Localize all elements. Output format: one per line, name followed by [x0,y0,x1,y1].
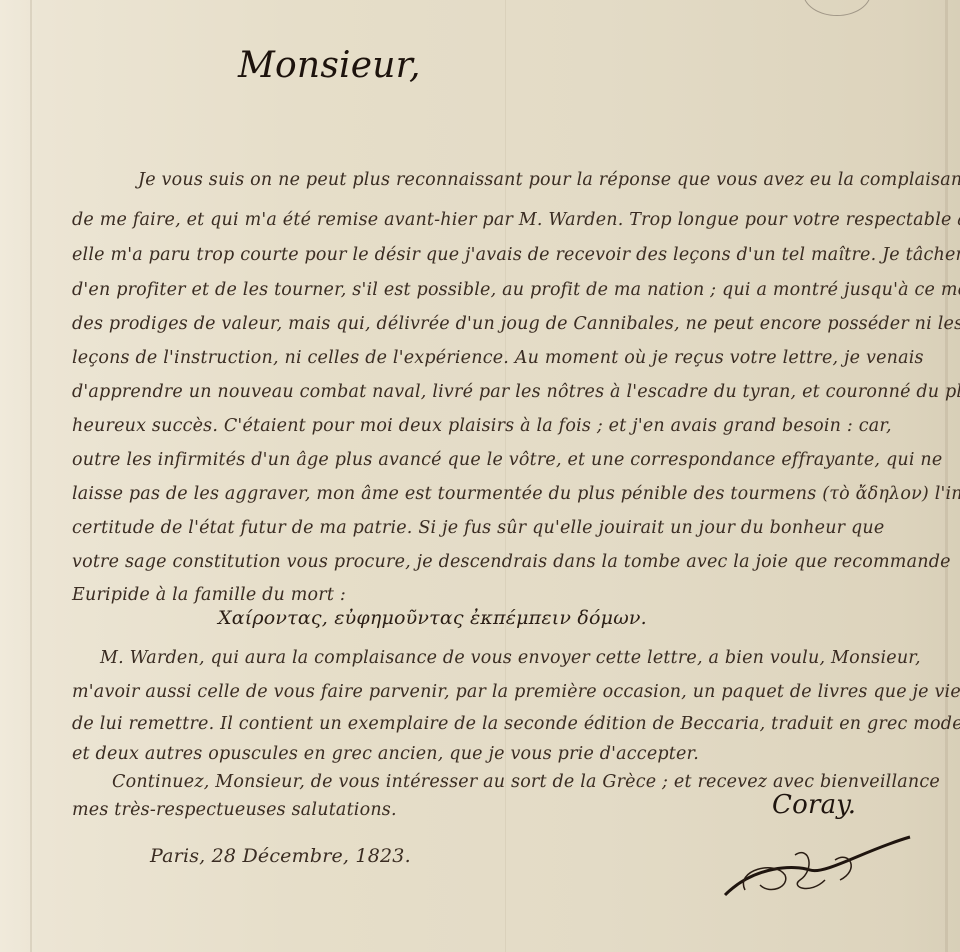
body-line: outre les infirmités d'un âge plus avanc… [72,450,942,470]
dateline: Paris, 28 Décembre, 1823. [150,845,411,867]
body-line: d'en profiter et de les tourner, s'il es… [72,280,960,300]
body-line: heureux succès. C'étaient pour moi deux … [72,416,892,436]
body-line: de me faire, et qui m'a été remise avant… [72,210,960,230]
letter-page: Monsieur, Je vous suis on ne peut plus r… [0,0,960,952]
paper-fold-right [945,0,948,952]
body-line: des prodiges de valeur, mais qui, délivr… [72,314,960,334]
paragraph-line: m'avoir aussi celle de vous faire parven… [72,682,960,702]
body-line: d'apprendre un nouveau combat naval, liv… [72,382,960,402]
paper-fold-left [30,0,32,952]
signature: Coray. [772,790,856,820]
closing-line: Continuez, Monsieur, de vous intéresser … [112,772,940,792]
body-line: laisse pas de les aggraver, mon âme est … [72,484,960,504]
body-line: elle m'a paru trop courte pour le désir … [72,245,960,265]
body-line: certitude de l'état futur de ma patrie. … [72,518,884,538]
greek-quote: Χαίροντας, εὐφημοῦντας ἐκπέμπειν δόμων. [218,607,647,629]
salutation: Monsieur, [238,45,421,86]
paragraph-line: de lui remettre. Il contient un exemplai… [72,714,960,734]
body-line: leçons de l'instruction, ni celles de l'… [72,348,924,368]
paragraph-line: M. Warden, qui aura la complaisance de v… [100,648,921,668]
signature-flourish-icon [715,825,915,905]
paragraph-line: et deux autres opuscules en grec ancien,… [72,744,699,764]
body-line: Euripide à la famille du mort : [72,585,346,605]
body-line: Je vous suis on ne peut plus reconnaissa… [138,170,960,190]
body-line: votre sage constitution vous procure, je… [72,552,951,572]
closing-line: mes très-respectueuses salutations. [72,800,397,820]
paper-fold-middle [505,0,506,952]
archive-stamp-icon [803,0,871,16]
